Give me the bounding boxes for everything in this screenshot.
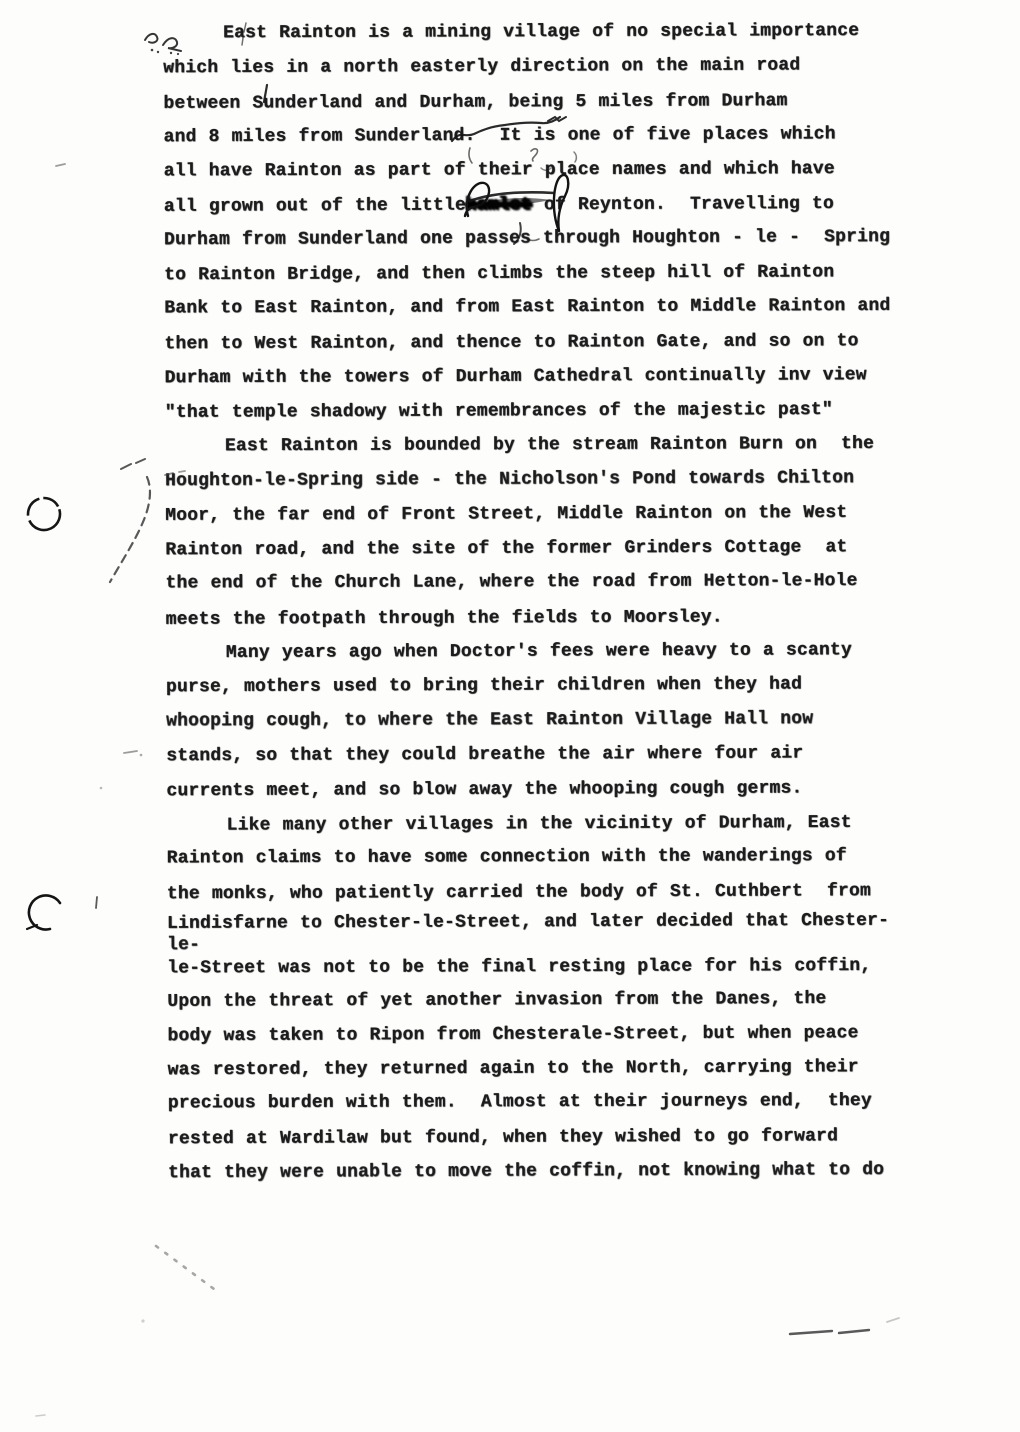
text-line: Durham from Sunderland one passes throug…	[164, 220, 890, 258]
text-segment: all grown out of the little	[164, 195, 466, 216]
text-line-with-scribble: all grown out of the littlehamlet of Rey…	[164, 187, 890, 225]
text-line: which lies in a north easterly direction…	[163, 48, 889, 86]
text-line: Rainton road, and the site of the former…	[165, 530, 891, 568]
text-line: the end of the Church Lane, where the ro…	[165, 564, 891, 601]
text-line: then to West Rainton, and thence to Rain…	[164, 324, 890, 362]
text-line: the monks, who patiently carried the bod…	[167, 874, 893, 912]
text-line: that they were unable to move the coffin…	[168, 1153, 894, 1191]
dotted-pencil-diagonal-icon	[156, 1246, 218, 1292]
scribbled-out-word: hamlet	[466, 195, 532, 215]
text-line: stands, so that they could breathe the a…	[166, 736, 892, 774]
pencil-dashes-bottom-right-icon	[790, 1318, 899, 1334]
text-line: meets the footpath through the fields to…	[166, 599, 892, 637]
text-line: Rainton claims to have some connection w…	[167, 839, 893, 876]
scanned-page: East Rainton is a mining village of no s…	[0, 0, 1020, 1432]
text-line: Durham with the towers of Durham Cathedr…	[165, 358, 891, 396]
text-line: all have Rainton as part of their place …	[164, 151, 890, 188]
text-line: rested at Wardilaw but found, when they …	[168, 1119, 894, 1157]
text-line: purse, mothers used to bring their child…	[166, 667, 892, 705]
text-line: Houghton-le-Spring side - the Nicholson'…	[165, 461, 891, 499]
text-line: currents meet, and so blow away the whoo…	[166, 771, 892, 809]
text-line: Upon the threat of yet another invasion …	[167, 982, 893, 1020]
text-line: Moor, the far end of Front Street, Middl…	[165, 496, 891, 534]
text-line: Many years ago when Doctor's fees were h…	[166, 633, 892, 671]
text-line: was restored, they returned again to the…	[168, 1050, 894, 1088]
text-line: to Rainton Bridge, and then climbs the s…	[164, 255, 890, 293]
text-segment: of Reynton. Travelling to	[532, 194, 834, 215]
text-line: East Rainton is bounded by the stream Ra…	[165, 427, 891, 464]
text-line: and 8 miles from Sunderland. It is one o…	[164, 117, 890, 155]
text-line: "that temple shadowy with remembrances o…	[165, 393, 891, 431]
document-text: East Rainton is a mining village of no s…	[0, 0, 894, 1191]
text-line: Like many other villages in the vicinity…	[167, 806, 893, 844]
text-line: body was taken to Ripon from Chesterale-…	[167, 1016, 893, 1054]
text-line: between Sunderland and Durham, being 5 m…	[163, 83, 889, 121]
text-line: East Rainton is a mining village of no s…	[163, 14, 889, 51]
text-line: le-Street was not to be the final restin…	[167, 952, 893, 984]
text-line: Bank to East Rainton, and from East Rain…	[164, 289, 890, 326]
text-line: whooping cough, to where the East Rainto…	[166, 702, 892, 739]
text-line: precious burden with them. Almost at the…	[168, 1084, 894, 1121]
